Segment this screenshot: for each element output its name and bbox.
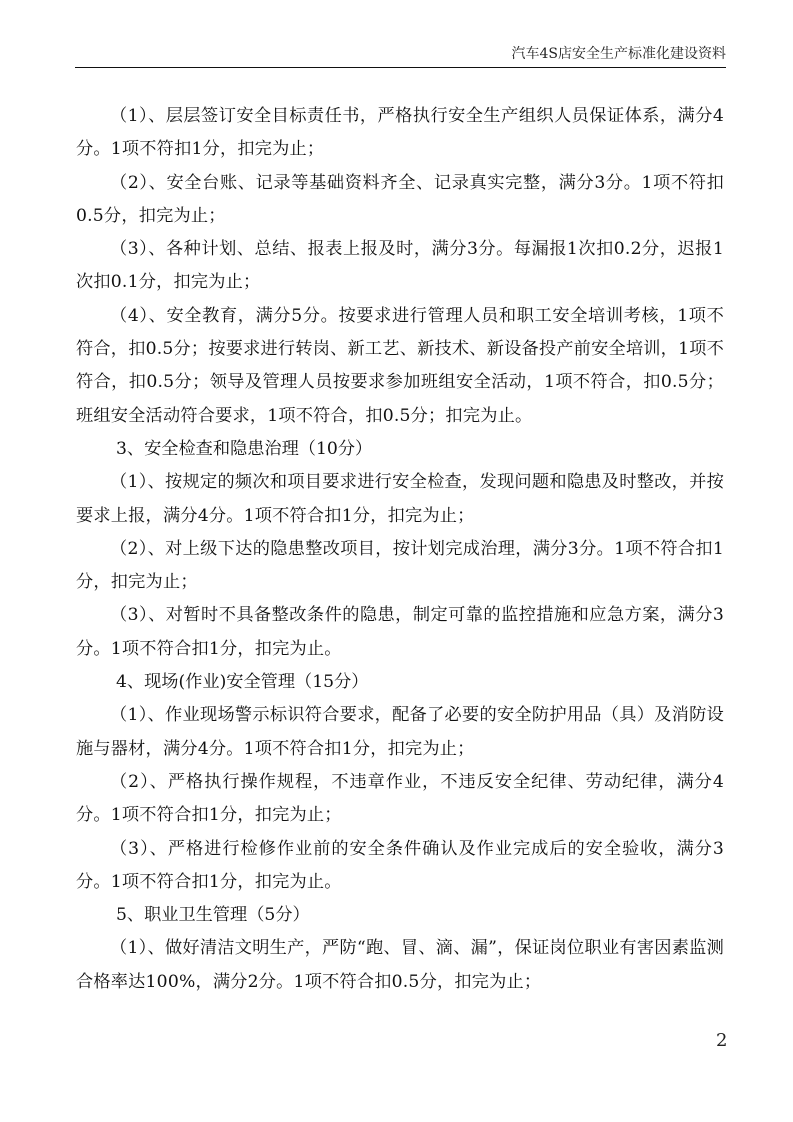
page-header: 汽车4S店安全生产标准化建设资料 — [75, 40, 726, 68]
paragraph-s2-item-1: （1）、层层签订安全目标责任书，严格执行安全生产组织人员保证体系，满分4分。1项… — [76, 100, 724, 167]
paragraph-s3-item-1: （1）、按规定的频次和项目要求进行安全检查，发现问题和隐患及时整改，并按要求上报… — [76, 466, 724, 533]
paragraph-s4-item-1: （1）、作业现场警示标识符合要求，配备了必要的安全防护用品（具）及消防设施与器材… — [76, 699, 724, 766]
paragraph-s2-item-3: （3）、各种计划、总结、报表上报及时，满分3分。每漏报1次扣0.2分，迟报1次扣… — [76, 233, 724, 300]
paragraph-s3-item-2: （2）、对上级下达的隐患整改项目，按计划完成治理，满分3分。1项不符合扣1分，扣… — [76, 533, 724, 600]
paragraph-s3-item-3: （3）、对暂时不具备整改条件的隐患，制定可靠的监控措施和应急方案，满分3分。1项… — [76, 599, 724, 666]
header-title: 汽车4S店安全生产标准化建设资料 — [512, 43, 727, 63]
section-heading-5: 5、职业卫生管理（5分） — [76, 899, 724, 932]
paragraph-s2-item-4: （4）、安全教育，满分5分。按要求进行管理人员和职工安全培训考核，1项不符合，扣… — [76, 300, 724, 433]
paragraph-s5-item-1: （1）、做好清洁文明生产，严防“跑、冒、滴、漏”，保证岗位职业有害因素监测合格率… — [76, 932, 724, 999]
paragraph-s2-item-2: （2）、安全台账、记录等基础资料齐全、记录真实完整，满分3分。1项不符扣0.5分… — [76, 167, 724, 234]
document-body: （1）、层层签订安全目标责任书，严格执行安全生产组织人员保证体系，满分4分。1项… — [76, 100, 724, 999]
paragraph-s4-item-2: （2）、严格执行操作规程，不违章作业，不违反安全纪律、劳动纪律，满分4分。1项不… — [76, 766, 724, 833]
section-heading-3: 3、安全检查和隐患治理（10分） — [76, 433, 724, 466]
page-number: 2 — [716, 1030, 727, 1051]
section-heading-4: 4、现场(作业)安全管理（15分） — [76, 666, 724, 699]
paragraph-s4-item-3: （3）、严格进行检修作业前的安全条件确认及作业完成后的安全验收，满分3分。1项不… — [76, 833, 724, 900]
